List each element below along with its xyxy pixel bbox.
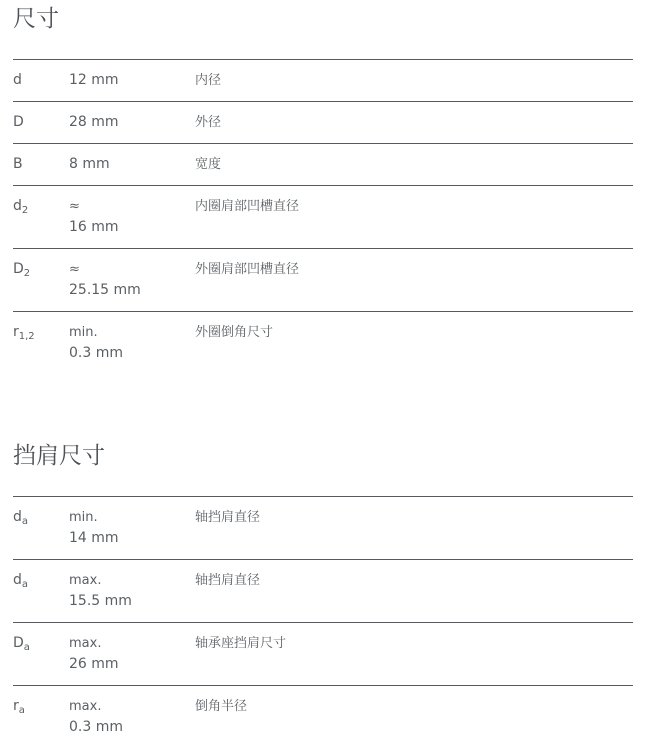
dimensions-table: d 12 mm 内径 D 28 mm 外径 B 8 mm 宽度 d2 ≈16 m…	[13, 59, 633, 375]
symbol: d2	[13, 196, 28, 217]
value: max.15.5 mm	[69, 570, 132, 612]
description: 外圈肩部凹槽直径	[195, 259, 299, 280]
section-dimensions: 尺寸	[13, 4, 633, 34]
section-abutment-dimensions: 挡肩尺寸	[13, 441, 633, 471]
symbol: da	[13, 507, 28, 528]
value: 8 mm	[69, 154, 110, 175]
symbol: D2	[13, 259, 30, 280]
description: 外圈倒角尺寸	[195, 322, 273, 343]
value: 28 mm	[69, 112, 119, 133]
table-row: da min.14 mm 轴挡肩直径	[13, 497, 633, 560]
description: 轴挡肩直径	[195, 507, 260, 528]
description: 倒角半径	[195, 696, 247, 717]
symbol: D	[13, 112, 24, 133]
description: 外径	[195, 112, 221, 133]
section-title: 尺寸	[13, 4, 633, 34]
value: ≈16 mm	[69, 196, 119, 238]
value: min.14 mm	[69, 507, 119, 549]
value: ≈25.15 mm	[69, 259, 141, 301]
value: min.0.3 mm	[69, 322, 123, 364]
table-row: D 28 mm 外径	[13, 102, 633, 144]
table-row: D2 ≈25.15 mm 外圈肩部凹槽直径	[13, 249, 633, 312]
section-title: 挡肩尺寸	[13, 441, 633, 471]
description: 轴挡肩直径	[195, 570, 260, 591]
value: max.26 mm	[69, 633, 119, 675]
table-row: d2 ≈16 mm 内圈肩部凹槽直径	[13, 186, 633, 249]
table-row: d 12 mm 内径	[13, 60, 633, 102]
symbol: B	[13, 154, 23, 175]
description: 宽度	[195, 154, 221, 175]
symbol: r1,2	[13, 322, 35, 343]
table-row: Da max.26 mm 轴承座挡肩尺寸	[13, 623, 633, 686]
description: 内径	[195, 70, 221, 91]
description: 内圈肩部凹槽直径	[195, 196, 299, 217]
symbol: da	[13, 570, 28, 591]
symbol: Da	[13, 633, 30, 654]
table-row: da max.15.5 mm 轴挡肩直径	[13, 560, 633, 623]
symbol: d	[13, 70, 22, 91]
abutment-table: da min.14 mm 轴挡肩直径 da max.15.5 mm 轴挡肩直径 …	[13, 496, 633, 741]
symbol: ra	[13, 696, 25, 717]
description: 轴承座挡肩尺寸	[195, 633, 286, 654]
table-row: r1,2 min.0.3 mm 外圈倒角尺寸	[13, 312, 633, 375]
table-row: ra max.0.3 mm 倒角半径	[13, 686, 633, 741]
table-row: B 8 mm 宽度	[13, 144, 633, 186]
value: max.0.3 mm	[69, 696, 123, 738]
value: 12 mm	[69, 70, 119, 91]
